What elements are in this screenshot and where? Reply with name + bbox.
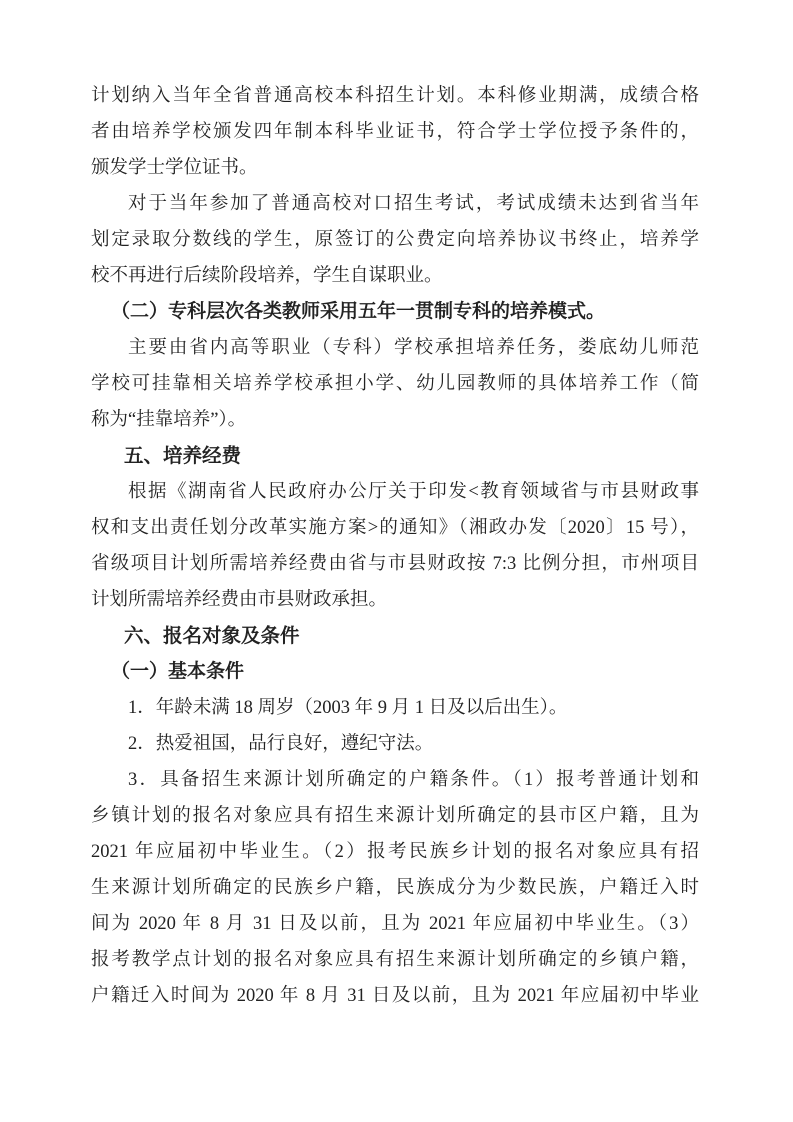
text-line: 3．具备招生来源计划所确定的户籍条件。（1）报考普通计划和 [91,762,699,798]
text-line: 生来源计划所确定的民族乡户籍，民族成分为少数民族，户籍迁入时 [91,870,699,906]
text-line: 校不再进行后续阶段培养，学生自谋职业。 [91,258,699,294]
text-line: 省级项目计划所需培养经费由省与市县财政按 7:3 比例分担，市州项目 [91,546,699,582]
text-line: 权和支出责任划分改革实施方案>的通知》（湘政办发〔2020〕15 号）， [91,510,699,546]
text-line: 户籍迁入时间为 2020 年 8 月 31 日及以前，且为 2021 年应届初中… [91,978,699,1014]
text-line: 者由培养学校颁发四年制本科毕业证书，符合学士学位授予条件的， [91,114,699,150]
paragraph-6: 根据《湖南省人民政府办公厅关于印发<教育领域省与市县财政事权和支出责任划分改革实… [91,474,699,618]
text-line: 乡镇计划的报名对象应具有招生来源计划所确定的县市区户籍，且为 [91,798,699,834]
paragraph-5: 五、培养经费 [91,438,699,474]
text-line: （二）专科层次各类教师采用五年一贯制专科的培养模式。 [91,294,699,330]
paragraph-11: 3．具备招生来源计划所确定的户籍条件。（1）报考普通计划和乡镇计划的报名对象应具… [91,762,699,1014]
text-line: 根据《湖南省人民政府办公厅关于印发<教育领域省与市县财政事 [91,474,699,510]
document-page: 计划纳入当年全省普通高校本科招生计划。本科修业期满，成绩合格者由培养学校颁发四年… [0,0,793,1122]
text-line: 计划所需培养经费由市县财政承担。 [91,582,699,618]
paragraph-2: 对于当年参加了普通高校对口招生考试，考试成绩未达到省当年划定录取分数线的学生，原… [91,186,699,294]
text-line: 六、报名对象及条件 [91,618,699,654]
text-line: 计划纳入当年全省普通高校本科招生计划。本科修业期满，成绩合格 [91,78,699,114]
paragraph-3: （二）专科层次各类教师采用五年一贯制专科的培养模式。 [91,294,699,330]
text-line: 2．热爱祖国，品行良好，遵纪守法。 [91,726,699,762]
text-line: 颁发学士学位证书。 [91,150,699,186]
text-line: 称为“挂靠培养”）。 [91,402,699,438]
text-line: 间为 2020 年 8 月 31 日及以前，且为 2021 年应届初中毕业生。（… [91,906,699,942]
text-line: 主要由省内高等职业（专科）学校承担培养任务，娄底幼儿师范 [91,330,699,366]
text-line: 报考教学点计划的报名对象应具有招生来源计划所确定的乡镇户籍， [91,942,699,978]
text-line: 对于当年参加了普通高校对口招生考试，考试成绩未达到省当年 [91,186,699,222]
paragraph-10: 2．热爱祖国，品行良好，遵纪守法。 [91,726,699,762]
paragraph-1: 计划纳入当年全省普通高校本科招生计划。本科修业期满，成绩合格者由培养学校颁发四年… [91,78,699,186]
text-line: 学校可挂靠相关培养学校承担小学、幼儿园教师的具体培养工作（简 [91,366,699,402]
text-line: 1．年龄未满 18 周岁（2003 年 9 月 1 日及以后出生）。 [91,690,699,726]
paragraph-8: （一）基本条件 [91,654,699,690]
paragraph-7: 六、报名对象及条件 [91,618,699,654]
text-line: 2021 年应届初中毕业生。（2）报考民族乡计划的报名对象应具有招 [91,834,699,870]
text-line: （一）基本条件 [91,654,699,690]
text-line: 五、培养经费 [91,438,699,474]
paragraph-9: 1．年龄未满 18 周岁（2003 年 9 月 1 日及以后出生）。 [91,690,699,726]
text-line: 划定录取分数线的学生，原签订的公费定向培养协议书终止，培养学 [91,222,699,258]
paragraph-4: 主要由省内高等职业（专科）学校承担培养任务，娄底幼儿师范学校可挂靠相关培养学校承… [91,330,699,438]
document-body: 计划纳入当年全省普通高校本科招生计划。本科修业期满，成绩合格者由培养学校颁发四年… [91,78,699,1014]
